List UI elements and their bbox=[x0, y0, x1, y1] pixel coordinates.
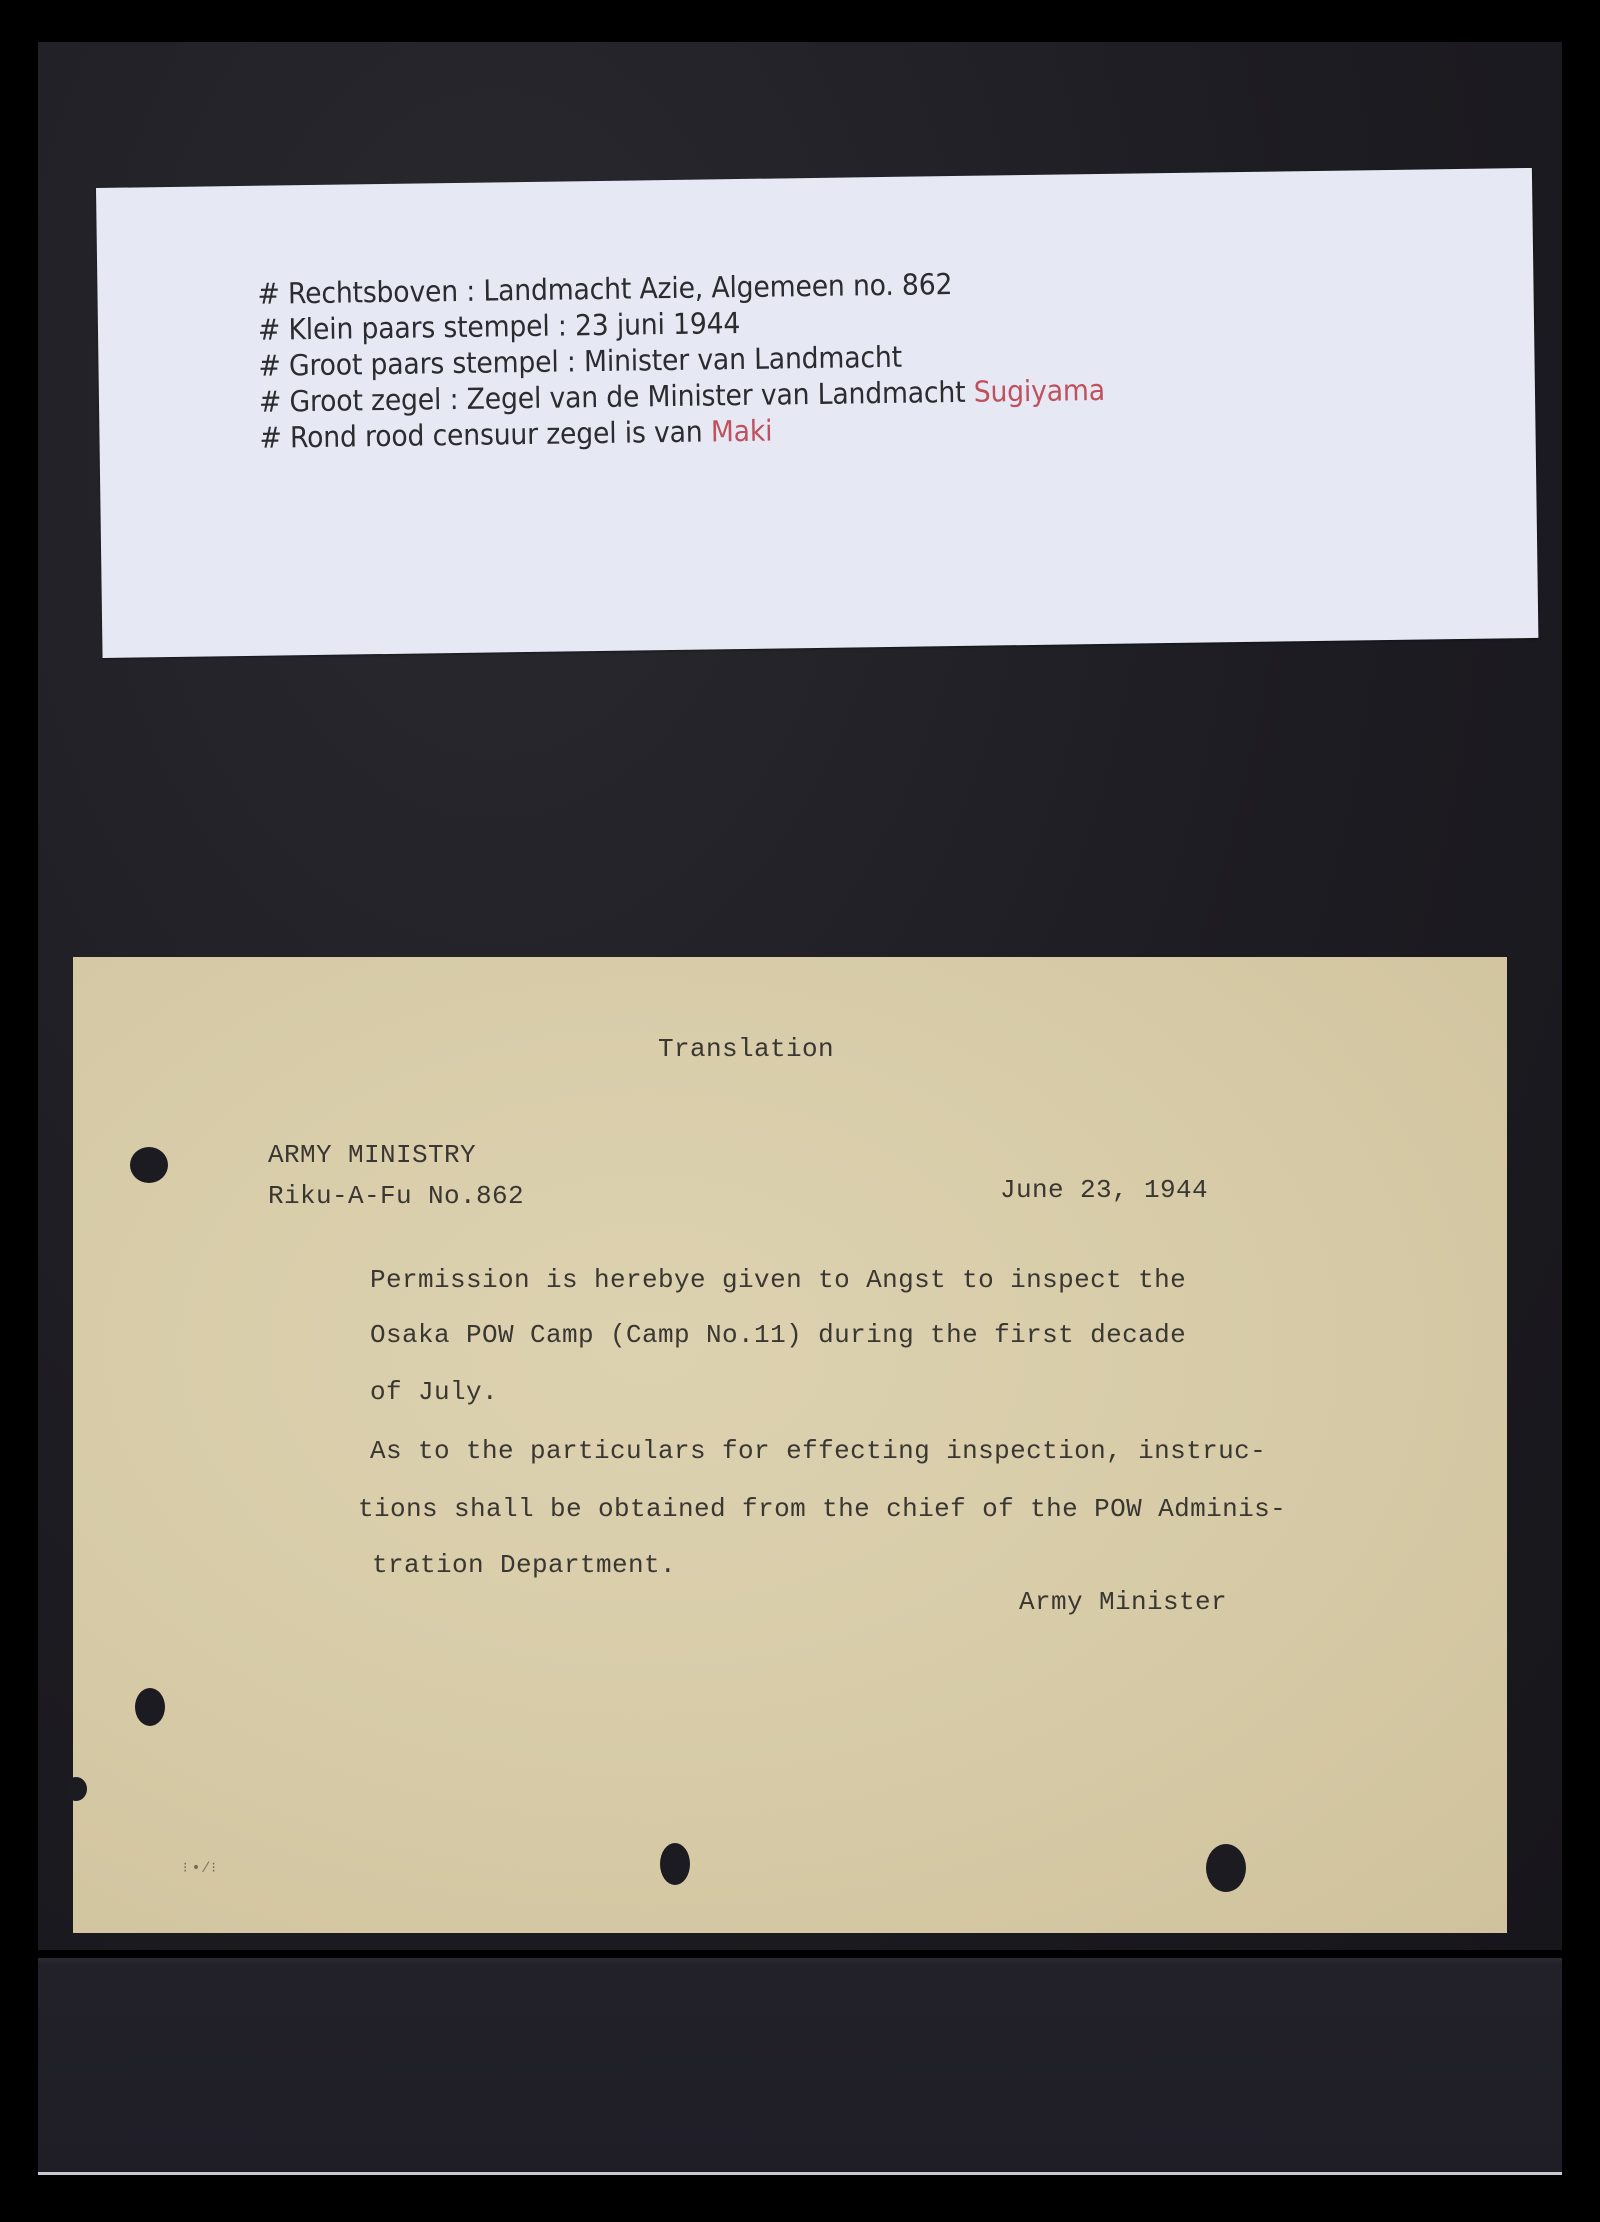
smudge-mark-icon: ⁝ • ⁄ ⁝ bbox=[183, 1860, 216, 1876]
body-line: tration Department. bbox=[372, 1550, 676, 1580]
body-line: As to the particulars for effecting insp… bbox=[370, 1436, 1266, 1466]
punch-hole-icon bbox=[130, 1147, 168, 1183]
highlight-name-sugiyama: Sugiyama bbox=[973, 373, 1105, 409]
highlight-name-maki: Maki bbox=[711, 414, 773, 449]
annotation-note: # Rechtsboven : Landmacht Azie, Algemeen… bbox=[96, 168, 1538, 658]
translation-document: Translation ARMY MINISTRY Riku-A-Fu No.8… bbox=[73, 957, 1507, 1933]
punch-hole-icon bbox=[1206, 1844, 1246, 1892]
document-date: June 23, 1944 bbox=[1000, 1175, 1208, 1205]
body-line: Permission is herebye given to Angst to … bbox=[370, 1265, 1186, 1295]
document-heading: Translation bbox=[658, 1034, 834, 1064]
body-line: Osaka POW Camp (Camp No.11) during the f… bbox=[370, 1320, 1186, 1350]
annotation-lines: # Rechtsboven : Landmacht Azie, Algemeen… bbox=[257, 264, 1105, 456]
body-line: of July. bbox=[370, 1377, 498, 1407]
reference-number: Riku-A-Fu No.862 bbox=[268, 1181, 524, 1211]
album-page-lower-strip bbox=[38, 1958, 1562, 2175]
body-line: tions shall be obtained from the chief o… bbox=[358, 1494, 1286, 1524]
punch-hole-icon bbox=[660, 1843, 690, 1885]
punch-hole-icon bbox=[135, 1688, 165, 1726]
signature: Army Minister bbox=[1019, 1587, 1227, 1617]
issuer: ARMY MINISTRY bbox=[268, 1140, 476, 1170]
punch-hole-icon bbox=[65, 1777, 87, 1801]
